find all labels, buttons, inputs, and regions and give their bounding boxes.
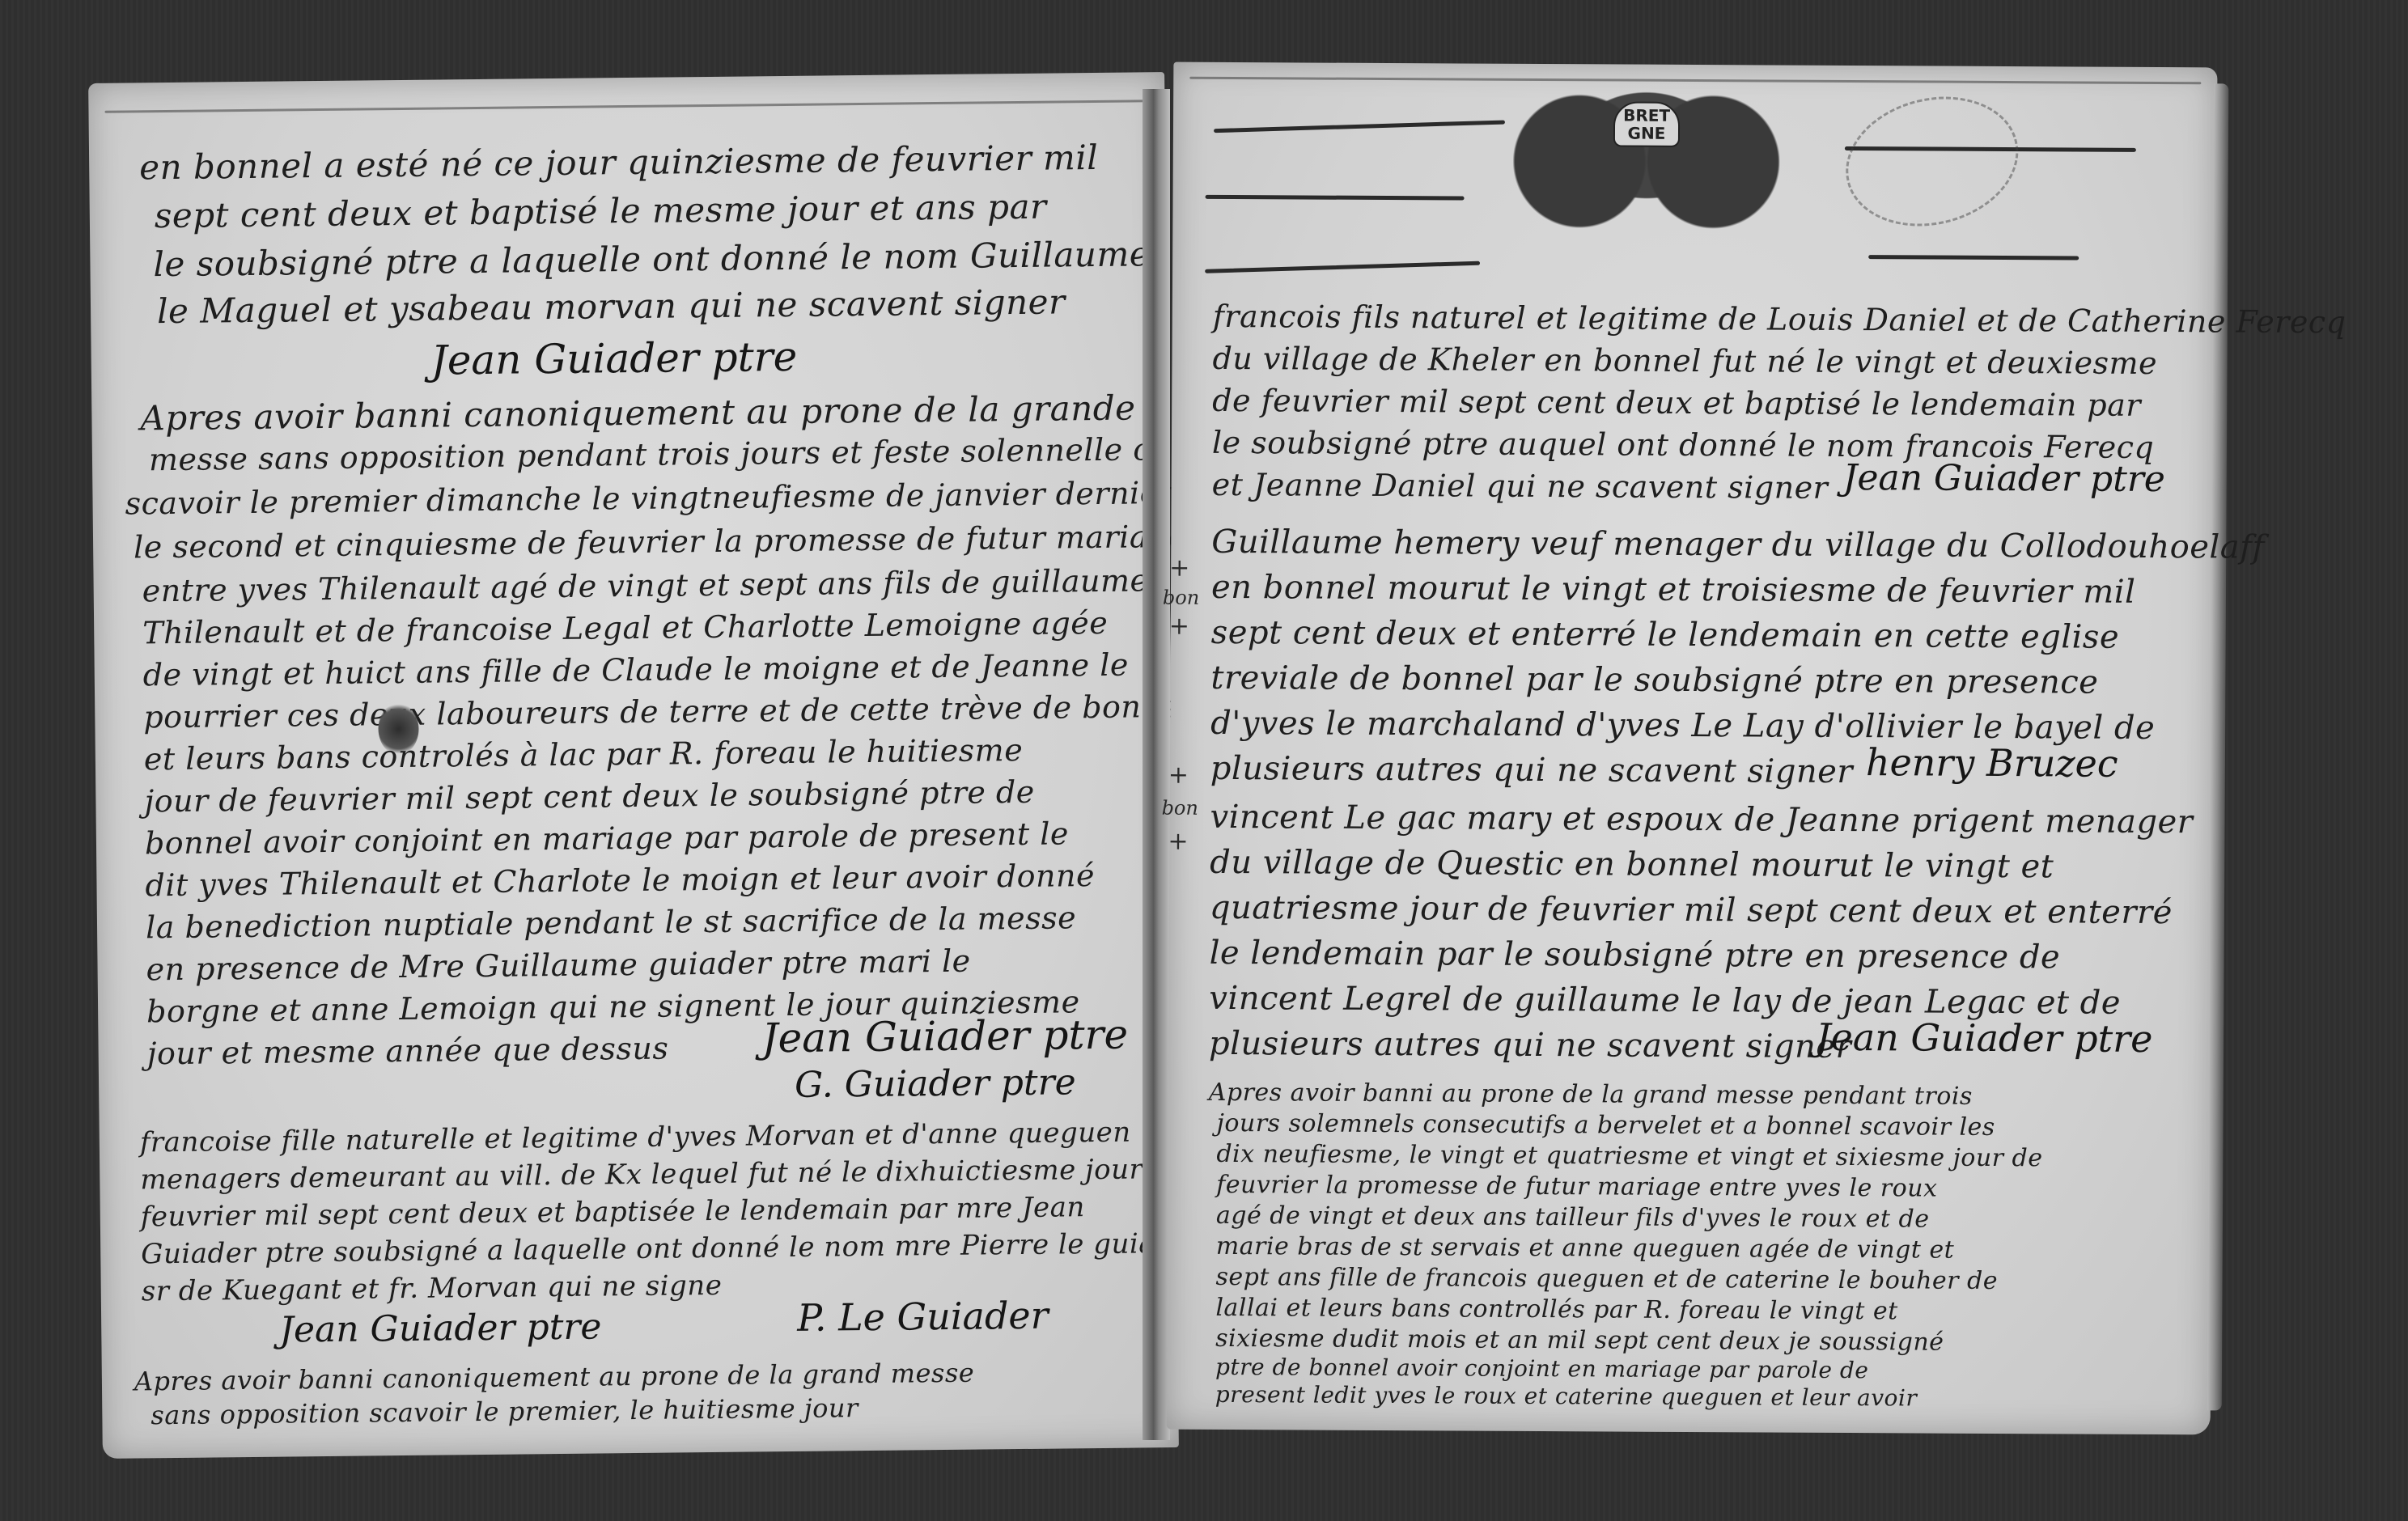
entry-line: ptre de bonnel avoir conjoint en mariage… [1215,1354,1869,1383]
entry-line: du village de Kheler en bonnel fut né le… [1212,341,2157,381]
left-page: en bonnel a esté né ce jour quinziesme d… [88,72,1179,1459]
entry-line: Thilenault et de francoise Legal et Char… [142,605,1108,650]
header-flourish-line [1205,261,1480,273]
entry-line: feuvrier la promesse de futur mariage en… [1216,1171,1937,1203]
godfather-signature: P. Le Guiader [797,1294,1049,1340]
entry-line: plusieurs autres qui ne scavent signer [1209,1025,1851,1066]
book-gutter [1143,89,1170,1440]
entry-line: Guiader ptre soubsigné a laquelle ont do… [141,1227,1204,1271]
entry-line: sept ans fille de francois queguen et de… [1215,1263,1998,1295]
entry-line: pourrier ces deux laboureurs de terre et… [143,688,1190,735]
priest-signature: Jean Guiader ptre [761,1011,1128,1062]
entry-line: jour de feuvrier mil sept cent deux le s… [144,774,1035,820]
entry-line: dix neufiesme, le vingt et quatriesme et… [1216,1140,2042,1172]
stamp-text-line: GNE [1623,125,1670,142]
entry-line: dit yves Thilenault et Charlote le moign… [145,858,1095,903]
entry-line: Guillaume hemery veuf menager du village… [1211,523,2265,566]
entry-line: de vingt et huict ans fille de Claude le… [143,647,1129,693]
entry-line: Apres avoir banni canoniquement au prone… [134,1358,975,1397]
entry-line: la benediction nuptiale pendant le st sa… [146,900,1077,945]
entry-line: et leurs bans controlés à lac par R. for… [144,732,1024,777]
entry-line: sixiesme dudit mois et an mil sept cent … [1215,1324,1944,1357]
entry-line: jours solemnels consecutifs a bervelet e… [1216,1109,1995,1142]
entry-line: francois fils naturel et legitime de Lou… [1213,299,2347,340]
entry-line: menagers demeurant au vill. de Kx lequel… [140,1153,1187,1197]
entry-line: messe sans opposition pendant trois jour… [149,430,1314,477]
entry-line: feuvrier mil sept cent deux et baptisée … [141,1191,1085,1233]
priest-signature: Jean Guiader ptre [1843,457,2165,500]
faded-oval-stamp-icon [1832,79,2032,244]
entry-line: bonnel avoir conjoint en mariage par par… [145,816,1069,861]
entry-line: le second et cinquiesme de feuvrier la p… [134,519,1187,566]
margin-cross-mark: + [1169,612,1189,641]
entry-line: le lendemain par le soubsigné ptre en pr… [1210,934,2061,977]
entry-line: francoise fille naturelle et legitime d'… [140,1116,1131,1159]
entry-line: et Jeanne Daniel qui ne scavent signer [1212,467,1829,506]
priest-signature: Jean Guiader ptre [430,333,797,384]
page-top-rule [104,100,1148,113]
entry-line: entre yves Thilenault agé de vingt et se… [142,562,1148,608]
witness-signature: henry Bruzec [1866,740,2118,786]
margin-cross-mark: + [1169,554,1189,583]
entry-line: du village de Questic en bonnel mourut l… [1210,844,2054,885]
entry-line: sans opposition scavoir le premier, le h… [150,1392,858,1430]
entry-line: sr de Kuegant et fr. Morvan qui ne signe [142,1269,723,1308]
margin-cross-mark: + [1168,761,1189,790]
right-page: BRET GNE francois fils naturel et legiti… [1167,62,2218,1435]
entry-line: vincent Le gac mary et espoux de Jeanne … [1210,799,2193,841]
entry-line: present ledit yves le roux et caterine q… [1215,1381,1918,1412]
bretagne-stamp-icon: BRET GNE [1512,80,1780,244]
margin-note-bon: bon [1162,797,1198,820]
entry-line: lallai et leurs bans controllés par R. f… [1215,1294,1897,1325]
priest-signature: Jean Guiader ptre [279,1306,602,1350]
entry-line: jour et mesme année que dessus [146,1031,668,1072]
entry-line: Apres avoir banni canoniquement au prone… [140,388,1136,438]
entry-line: en bonnel mourut le vingt et troisiesme … [1211,569,2136,611]
entry-line: en presence de Mre Guillaume guiader ptr… [146,943,971,988]
entry-line: en bonnel a esté né ce jour quinziesme d… [139,138,1098,187]
entry-line: marie bras de st servais et anne queguen… [1216,1232,1955,1265]
entry-line: quatriesme jour de feuvrier mil sept cen… [1210,889,2173,931]
margin-cross-mark: + [1168,828,1188,856]
entry-line: sept cent deux et baptisé le mesme jour … [155,187,1047,236]
witness-signature: G. Guiader ptre [795,1061,1076,1106]
header-flourish-line [1868,255,2079,260]
stamp-text-line: BRET [1623,107,1670,125]
priest-signature: Jean Guiader ptre [1816,1015,2153,1061]
entry-line: agé de vingt et deux ans tailleur fils d… [1216,1201,1930,1234]
entry-line: sept cent deux et enterré le lendemain e… [1211,614,2120,656]
entry-line: le soubsigné ptre a laquelle ont donné l… [153,234,1150,284]
entry-line: treviale de bonnel par le soubsigné ptre… [1210,659,2098,701]
header-flourish-line [1206,195,1465,201]
entry-line: Apres avoir banni au prone de la grand m… [1209,1078,1973,1111]
stamp-text: BRET GNE [1613,101,1680,146]
entry-line: de feuvrier mil sept cent deux et baptis… [1212,383,2141,423]
header-flourish-line [1214,120,1505,133]
entry-line: scavoir le premier dimanche le vingtneuf… [125,475,1173,522]
entry-line: le Maguel et ysabeau morvan qui ne scave… [157,282,1066,331]
margin-note-bon: bon [1163,587,1199,609]
entry-line: plusieurs autres qui ne scavent signer [1210,750,1853,790]
